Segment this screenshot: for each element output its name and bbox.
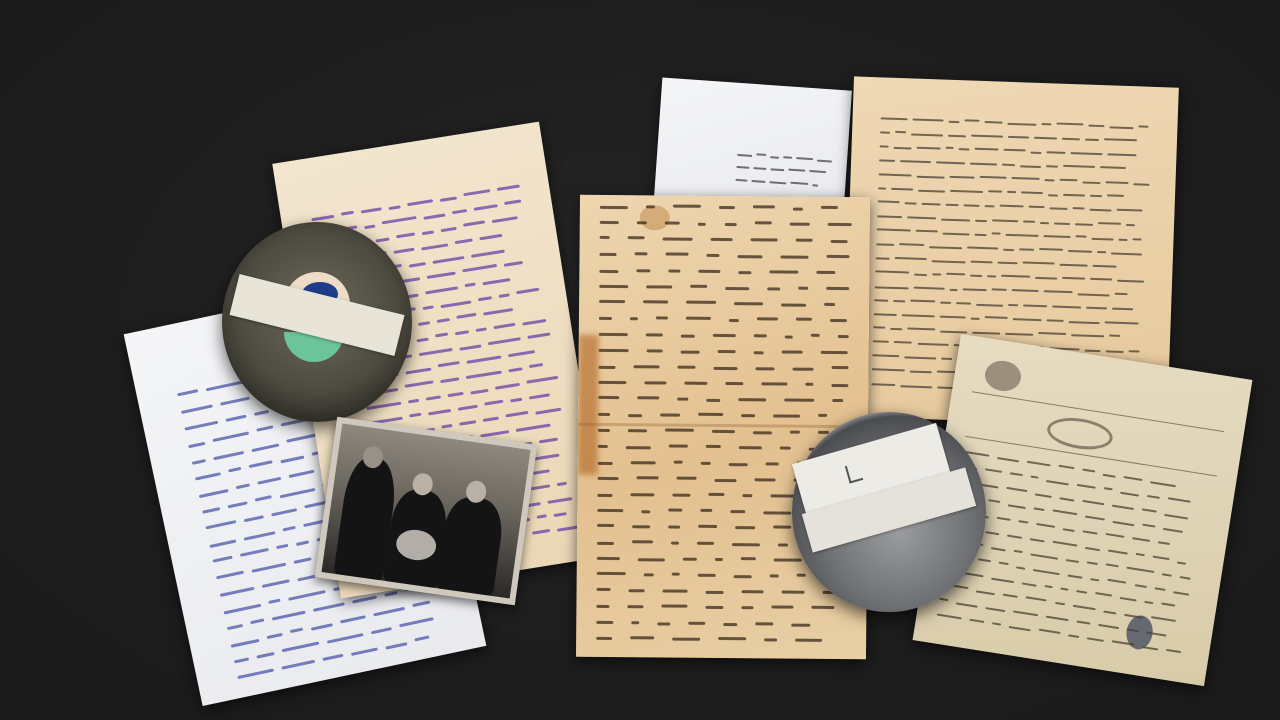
handwritten-ledger: [576, 195, 870, 660]
ledger-entries: [576, 195, 870, 660]
document-collage: [0, 0, 1280, 720]
film-reel-bottom-right: [792, 412, 986, 612]
film-reel-top-left: [222, 222, 412, 422]
typed-note-white: [654, 78, 852, 211]
photograph-image: [321, 424, 530, 599]
bw-photograph: [315, 417, 538, 606]
typed-lines: [654, 78, 852, 211]
